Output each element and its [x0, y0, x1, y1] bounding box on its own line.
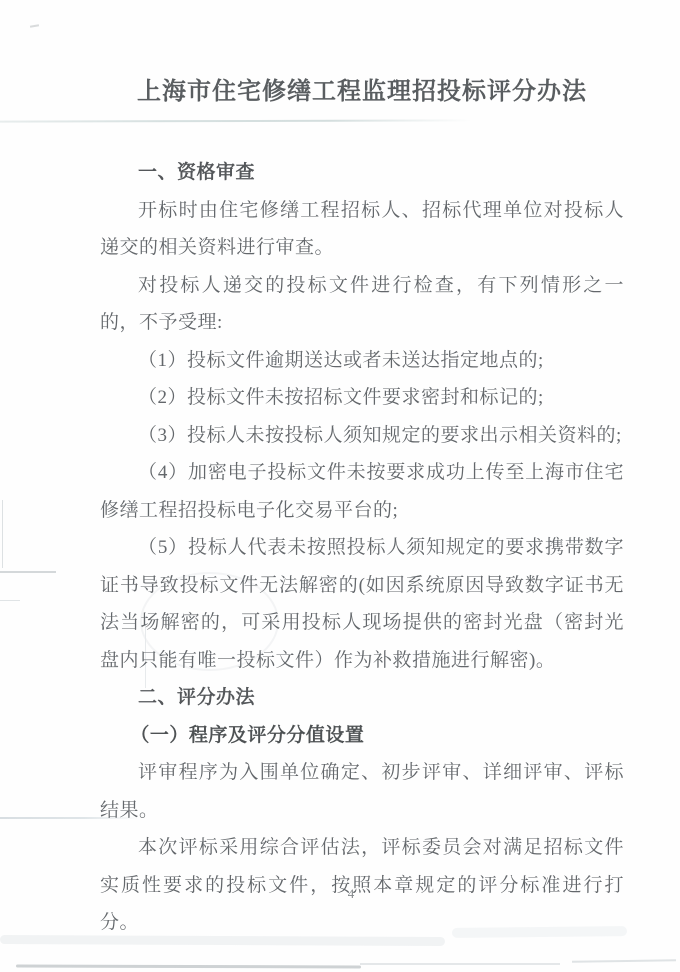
paragraph-opening-review: 开标时由住宅修缮工程招标人、招标代理单位对投标人递交的相关资料进行审查。 — [100, 192, 624, 267]
paragraph-rejection-intro: 对投标人递交的投标文件进行检查，有下列情形之一的，不予受理: — [100, 267, 624, 342]
scan-artifact-dash — [30, 24, 39, 28]
section-heading-qualification-review: 一、资格审查 — [100, 154, 624, 192]
document-body: 上海市住宅修缮工程监理招投标评分办法 一、资格审查 开标时由住宅修缮工程招标人、… — [100, 76, 624, 942]
list-item-2: （2）投标文件未按招标文件要求密封和标记的; — [100, 379, 624, 417]
scan-artifact-bottom-edge-line-1 — [16, 965, 361, 968]
subsection-heading-procedure-scores: （一）程序及评分分值设置 — [100, 717, 624, 755]
scan-artifact-left-horizontal-line-2 — [0, 600, 20, 601]
scan-artifact-bottom-edge-line-2 — [360, 963, 560, 965]
list-item-1: （1）投标文件逾期送达或者未送达指定地点的; — [100, 342, 624, 380]
scan-artifact-left-vertical-line — [2, 500, 3, 568]
list-item-5: （5）投标人代表未按照投标人须知规定的要求携带数字证书导致投标文件无法解密的(如… — [100, 529, 624, 679]
scan-artifact-left-horizontal-line — [0, 571, 56, 573]
page-number: 4 — [0, 886, 680, 902]
paragraph-review-procedure: 评审程序为入围单位确定、初步评审、详细评审、评标结果。 — [100, 754, 624, 829]
scanned-document-page: 上海市住宅修缮工程监理招投标评分办法 一、资格审查 开标时由住宅修缮工程招标人、… — [0, 0, 680, 972]
document-title: 上海市住宅修缮工程监理招投标评分办法 — [100, 76, 624, 108]
list-item-4: （4）加密电子投标文件未按要求成功上传至上海市住宅修缮工程招投标电子化交易平台的… — [100, 454, 624, 529]
section-heading-scoring-method: 二、评分办法 — [100, 679, 624, 717]
list-item-3: （3）投标人未按投标人须知规定的要求出示相关资料的; — [100, 417, 624, 455]
scan-artifact-bottom-edge-line-3 — [572, 959, 676, 962]
